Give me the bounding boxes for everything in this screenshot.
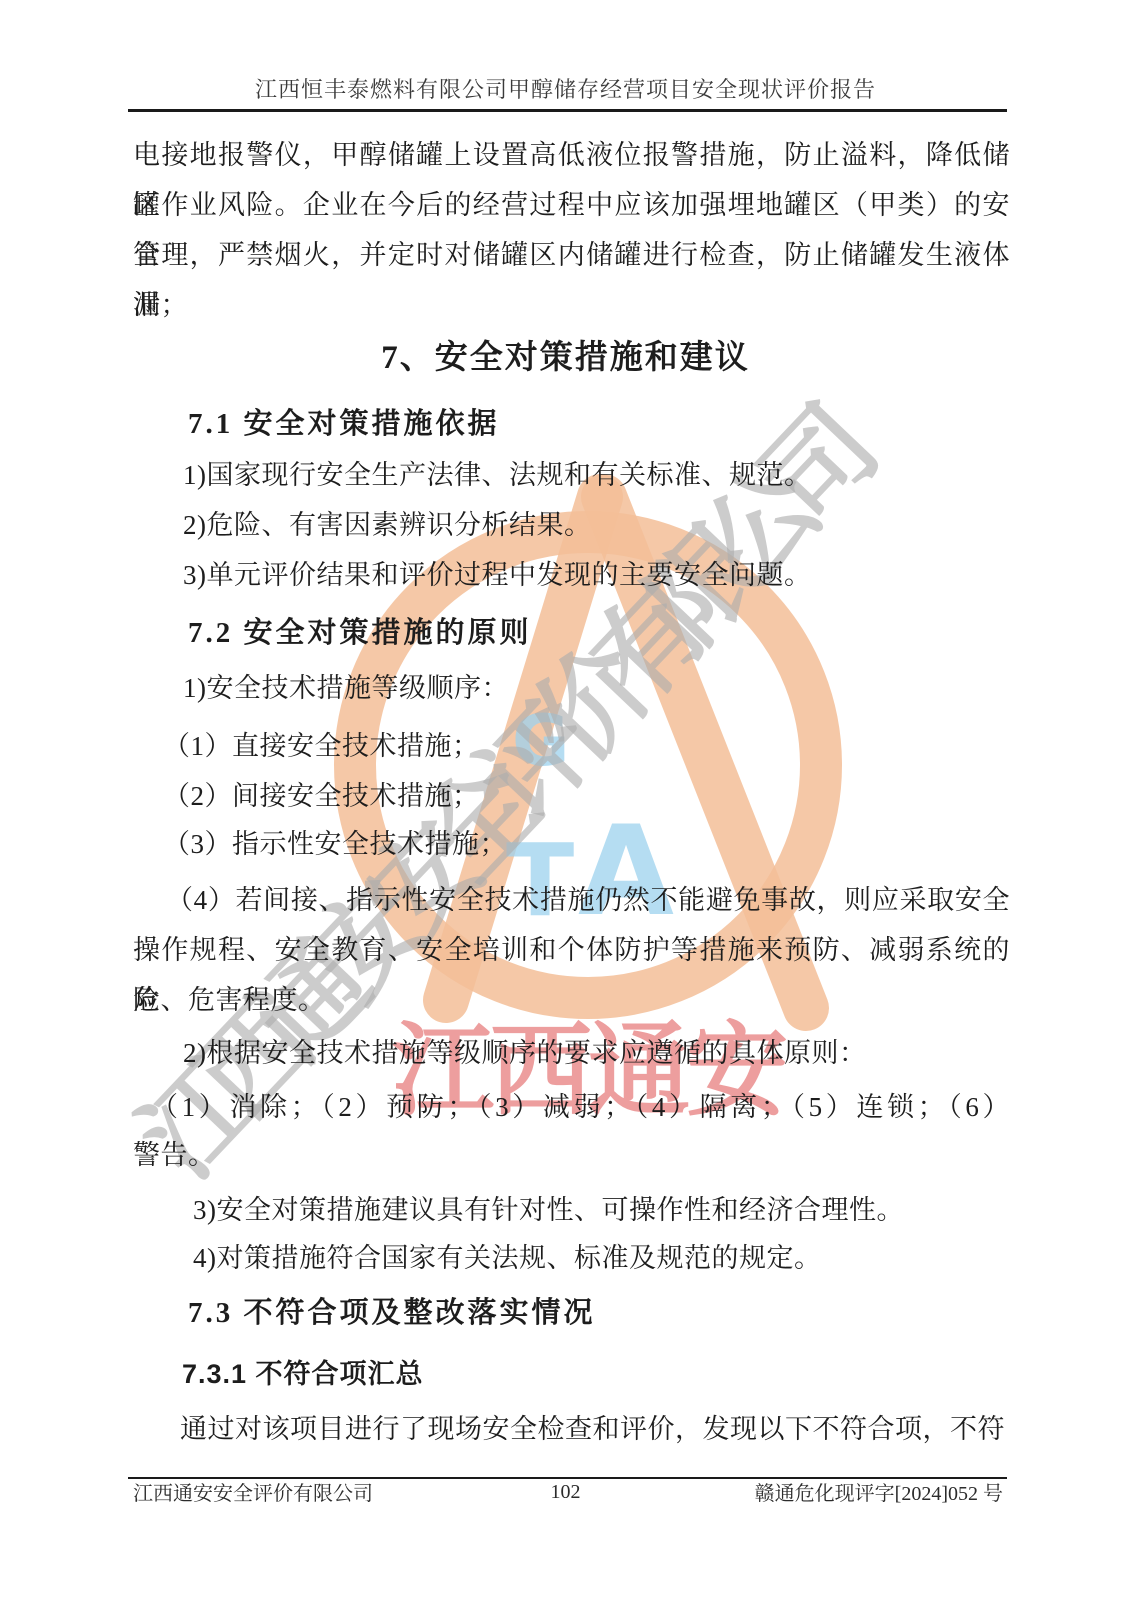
body-line: 操作规程、安全教育、安全培训和个体防护等措施来预防、减弱系统的危 xyxy=(133,925,1010,975)
page-header-title: 江西恒丰泰燃料有限公司甲醇储存经营项目安全现状评价报告 xyxy=(0,76,1131,104)
list-item: 2)危险、有害因素辨识分析结果。 xyxy=(133,500,1010,550)
list-item: （2）间接安全技术措施； xyxy=(133,771,1010,821)
body-line: 警告。 xyxy=(133,1130,1010,1180)
document-content: 江西恒丰泰燃料有限公司甲醇储存经营项目安全现状评价报告 电接地报警仪，甲醇储罐上… xyxy=(0,0,1131,1600)
list-item: 3)安全对策措施建议具有针对性、可操作性和经济合理性。 xyxy=(133,1185,1010,1235)
section-heading-7-2: 7.2 安全对策措施的原则 xyxy=(188,611,532,655)
footer-document-number: 赣通危化现评字[2024]052 号 xyxy=(755,1481,1003,1507)
list-item: 4)对策措施符合国家有关法规、标准及规范的规定。 xyxy=(133,1233,1010,1283)
list-item: （1）直接安全技术措施； xyxy=(133,721,1010,771)
section-heading-7-3-1: 7.3.1 不符合项汇总 xyxy=(182,1353,424,1395)
body-line: （1）消除；（2）预防；（3）减弱；（4）隔离；（5）连锁；（6） xyxy=(133,1082,1010,1132)
section-heading-7-3: 7.3 不符合项及整改落实情况 xyxy=(188,1291,596,1335)
body-line: 管理，严禁烟火，并定时对储罐区内储罐进行检查，防止储罐发生液体泄 xyxy=(133,230,1010,280)
list-item: 1)国家现行安全生产法律、法规和有关标准、规范。 xyxy=(133,450,1010,500)
body-line: 险、危害程度。 xyxy=(133,975,1010,1025)
report-page: G T A 江西通安安全评价有限公司 江西通安 江西恒丰泰燃料有限公司甲醇储存经… xyxy=(0,0,1131,1600)
header-rule xyxy=(128,109,1007,112)
list-item: 1)安全技术措施等级顺序： xyxy=(133,663,1010,713)
list-item: （3）指示性安全技术措施； xyxy=(133,819,1010,869)
list-item: 2)根据安全技术措施等级顺序的要求应遵循的具体原则： xyxy=(133,1028,1010,1078)
body-line: 电接地报警仪，甲醇储罐上设置高低液位报警措施，防止溢料，降低储罐 xyxy=(133,130,1010,180)
section-heading-7-1: 7.1 安全对策措施依据 xyxy=(188,402,500,446)
body-line: 通过对该项目进行了现场安全检查和评价，发现以下不符合项，不符 xyxy=(133,1404,1010,1454)
chapter-heading: 7、安全对策措施和建议 xyxy=(0,336,1131,380)
body-line: （4）若间接、指示性安全技术措施仍然不能避免事故，则应采取安全 xyxy=(133,875,1010,925)
body-line: 漏； xyxy=(133,280,1010,330)
list-item: 3)单元评价结果和评价过程中发现的主要安全问题。 xyxy=(133,550,1010,600)
body-line: 区作业风险。企业在今后的经营过程中应该加强埋地罐区（甲类）的安全 xyxy=(133,180,1010,230)
